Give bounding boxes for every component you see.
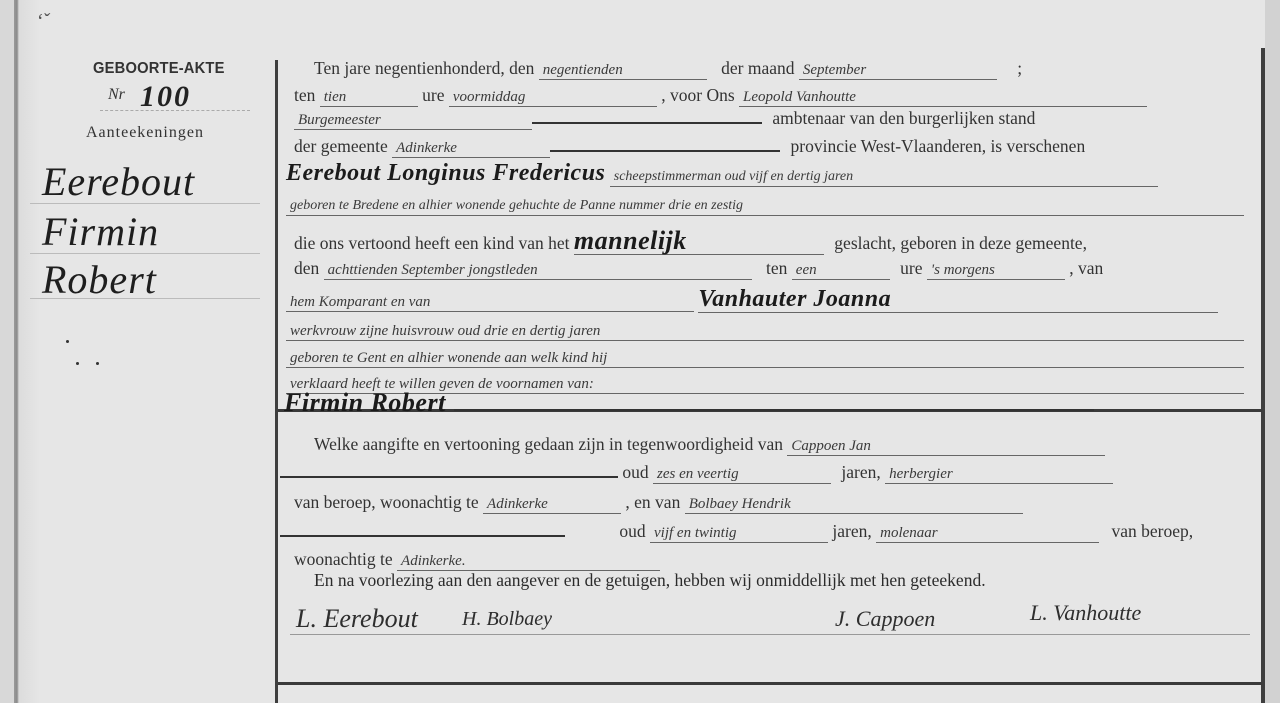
line-child-names: Firmin Robert [284, 390, 1094, 416]
field-month: September [799, 61, 997, 80]
line-declarant-origin: geboren te Bredene en alhier wonende geh… [286, 192, 1244, 216]
line-child-sex: die ons vertoond heeft een kind van het … [294, 228, 1087, 255]
field-official: Leopold Vanhoutte [739, 88, 1147, 107]
frame-left-border [275, 60, 278, 703]
field-witness1-age: zes en veertig [653, 465, 831, 484]
signature-declarant: L. Eerebout [296, 604, 418, 634]
field-day: negentienden [539, 61, 707, 80]
signature-witness2: H. Bolbaey [462, 608, 552, 631]
line-mother-details: werkvrouw zijne huisvrouw oud drie en de… [286, 318, 1244, 341]
field-mother-occupation: werkvrouw zijne huisvrouw oud drie en de… [286, 322, 1244, 341]
annotation-firstname: Firmin [42, 208, 159, 255]
annotation-secondname: Robert [42, 256, 157, 303]
field-official-title: Burgemeester [294, 111, 532, 130]
line-official-title: Burgemeester ambtenaar van den burgerlij… [294, 107, 1035, 130]
signature-rule [290, 634, 1250, 635]
line-date: Ten jare negentienhonderd, den negentien… [314, 57, 1022, 80]
akte-number-label: Nr [108, 86, 125, 104]
line-witness2-age: oud vijf en twintig jaren, molenaar van … [280, 520, 1193, 543]
field-declarant-origin: geboren te Bredene en alhier wonende geh… [286, 197, 1244, 216]
line-hour: ten tien ure voormiddag , voor Ons Leopo… [294, 84, 1147, 107]
field-mother-origin: geboren te Gent en alhier wonende aan we… [286, 349, 1244, 368]
field-declarant-name: Eerebout Longinus Fredericus [286, 160, 605, 186]
number-rule [100, 110, 250, 111]
field-witness2-age: vijf en twintig [650, 524, 828, 543]
field-child-names: Firmin Robert [284, 388, 446, 417]
annotation-rule [30, 203, 260, 204]
annotation-rule [30, 253, 260, 254]
binding-mark: ‘ˇ [36, 10, 49, 33]
field-witness1-occupation: herbergier [885, 465, 1113, 484]
signature-official: L. Vanhoutte [1030, 600, 1141, 626]
field-birth-part-of-day: 's morgens [927, 261, 1065, 280]
akte-title: GEBOORTE-AKTE [93, 60, 225, 78]
field-witness2-name: Bolbaey Hendrik [685, 495, 1023, 514]
bottom-divider [278, 682, 1262, 685]
field-birth-hour: een [792, 261, 890, 280]
line-birth-date: den achttienden September jongstleden te… [294, 257, 1103, 280]
field-child-sex: mannelijk [574, 228, 824, 255]
closing-statement: En na voorlezing aan den aangever en de … [314, 569, 986, 591]
field-witness1-name: Cappoen Jan [787, 437, 1105, 456]
annotation-surname: Eerebout [42, 158, 195, 205]
line-witness1-residence: van beroep, woonachtig te Adinkerke , en… [294, 491, 1023, 514]
field-birth-date: achttienden September jongstleden [324, 261, 752, 280]
line-mother-origin: geboren te Gent en alhier wonende aan we… [286, 345, 1244, 368]
field-witness1-residence: Adinkerke [483, 495, 621, 514]
scanned-document-page: ‘ˇ GEBOORTE-AKTE Nr 100 Aanteekeningen E… [0, 0, 1280, 703]
field-witness2-occupation: molenaar [876, 524, 1099, 543]
line-witness1-age: oud zes en veertig jaren, herbergier [280, 461, 1113, 484]
field-declarant-details: scheepstimmerman oud vijf en dertig jare… [610, 168, 1158, 187]
ink-speck [76, 362, 79, 365]
line-mother: hem Komparant en van Vanhauter Joanna [286, 286, 1218, 313]
frame-right-border [1261, 48, 1265, 703]
field-mother-intro: hem Komparant en van [286, 293, 694, 312]
field-mother-name: Vanhauter Joanna [698, 286, 1218, 313]
field-municipality: Adinkerke [392, 139, 550, 158]
page-edge [1265, 0, 1280, 703]
annotation-rule [30, 298, 260, 299]
line-declarant: Eerebout Longinus Fredericus scheepstimm… [286, 160, 1158, 187]
annotations-label: Aanteekeningen [86, 124, 204, 142]
line-witness2-residence: woonachtig te Adinkerke. [294, 548, 660, 571]
field-part-of-day: voormiddag [449, 88, 657, 107]
field-hour: tien [320, 88, 418, 107]
line-municipality: der gemeente Adinkerke provincie West-Vl… [294, 135, 1085, 158]
signature-witness1: J. Cappoen [835, 606, 935, 632]
akte-number: 100 [140, 80, 191, 114]
ink-speck [66, 340, 69, 343]
line-witness-intro: Welke aangifte en vertooning gedaan zijn… [314, 433, 1105, 456]
ink-speck [96, 362, 99, 365]
